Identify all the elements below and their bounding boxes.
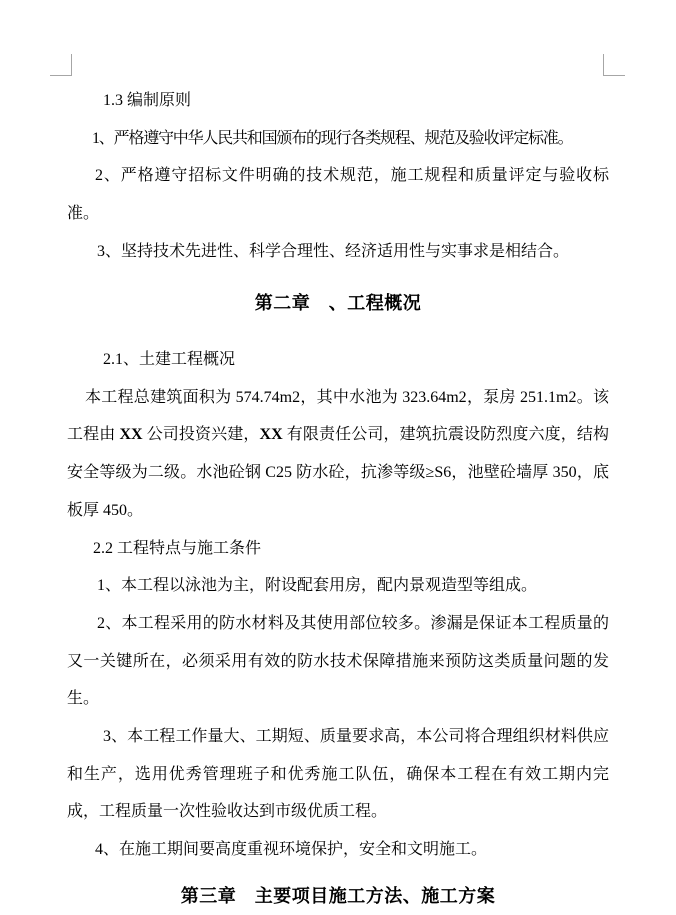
text-run: XX	[260, 426, 283, 443]
feature-item-3: 3、本工程工作量大、工期短、质量要求高，本公司将合理组织材料供应和生产，选用优秀…	[67, 718, 609, 831]
text-run: 4、在施工期间要高度重视环境保护，安全和文明施工。	[95, 841, 487, 858]
text-run: 1、严格遵守中华人民共和国颁布的现行各类规程、规范及验收评定标准。	[92, 130, 572, 147]
margin-crop-mark-top-left	[50, 54, 72, 76]
principle-item-3: 3、坚持技术先进性、科学合理性、经济适用性与实事求是相结合。	[67, 233, 609, 271]
principle-item-2: 2、严格遵守招标文件明确的技术规范，施工规程和质量评定与验收标准。	[67, 157, 609, 232]
text-run: 2、本工程采用的防水材料及其使用部位较多。渗漏是保证本工程质量的又一关键所在，必…	[67, 615, 609, 707]
section-2-1-title: 2.1、土建工程概况	[67, 341, 609, 379]
section-2-2-title: 2.2 工程特点与施工条件	[67, 530, 609, 568]
text-run: XX	[119, 426, 142, 443]
feature-item-4: 4、在施工期间要高度重视环境保护，安全和文明施工。	[67, 831, 609, 869]
text-run: 第三章 主要项目施工方法、施工方案	[181, 886, 496, 906]
text-run: 2.2 工程特点与施工条件	[93, 540, 261, 557]
text-run: 3、本工程工作量大、工期短、质量要求高，本公司将合理组织材料供应和生产，选用优秀…	[67, 728, 609, 820]
margin-crop-mark-top-right	[603, 54, 625, 76]
feature-item-1: 1、本工程以泳池为主，附设配套用房，配内景观造型等组成。	[67, 567, 609, 605]
document-body: 1.3 编制原则1、严格遵守中华人民共和国颁布的现行各类规程、规范及验收评定标准…	[67, 82, 609, 915]
chapter-2-heading: 第二章 、工程概况	[67, 285, 609, 323]
text-run: 2.1、土建工程概况	[103, 351, 235, 368]
chapter-3-heading: 第三章 主要项目施工方法、施工方案	[67, 878, 609, 915]
project-overview: 本工程总建筑面积为 574.74m2，其中水池为 323.64m2，泵房 251…	[67, 379, 609, 530]
principle-item-1: 1、严格遵守中华人民共和国颁布的现行各类规程、规范及验收评定标准。	[67, 120, 609, 158]
text-run: 第二章 、工程概况	[255, 293, 422, 313]
feature-item-2: 2、本工程采用的防水材料及其使用部位较多。渗漏是保证本工程质量的又一关键所在，必…	[67, 605, 609, 718]
text-run: 3、坚持技术先进性、科学合理性、经济适用性与实事求是相结合。	[97, 243, 569, 260]
section-1-3-title: 1.3 编制原则	[67, 82, 609, 120]
text-run: 1.3 编制原则	[103, 92, 191, 109]
document-page: 1.3 编制原则1、严格遵守中华人民共和国颁布的现行各类规程、规范及验收评定标准…	[0, 0, 676, 915]
text-run: 公司投资兴建，	[143, 426, 260, 443]
text-run: 1、本工程以泳池为主，附设配套用房，配内景观造型等组成。	[97, 577, 537, 594]
text-run: 2、严格遵守招标文件明确的技术规范，施工规程和质量评定与验收标准。	[67, 167, 609, 222]
